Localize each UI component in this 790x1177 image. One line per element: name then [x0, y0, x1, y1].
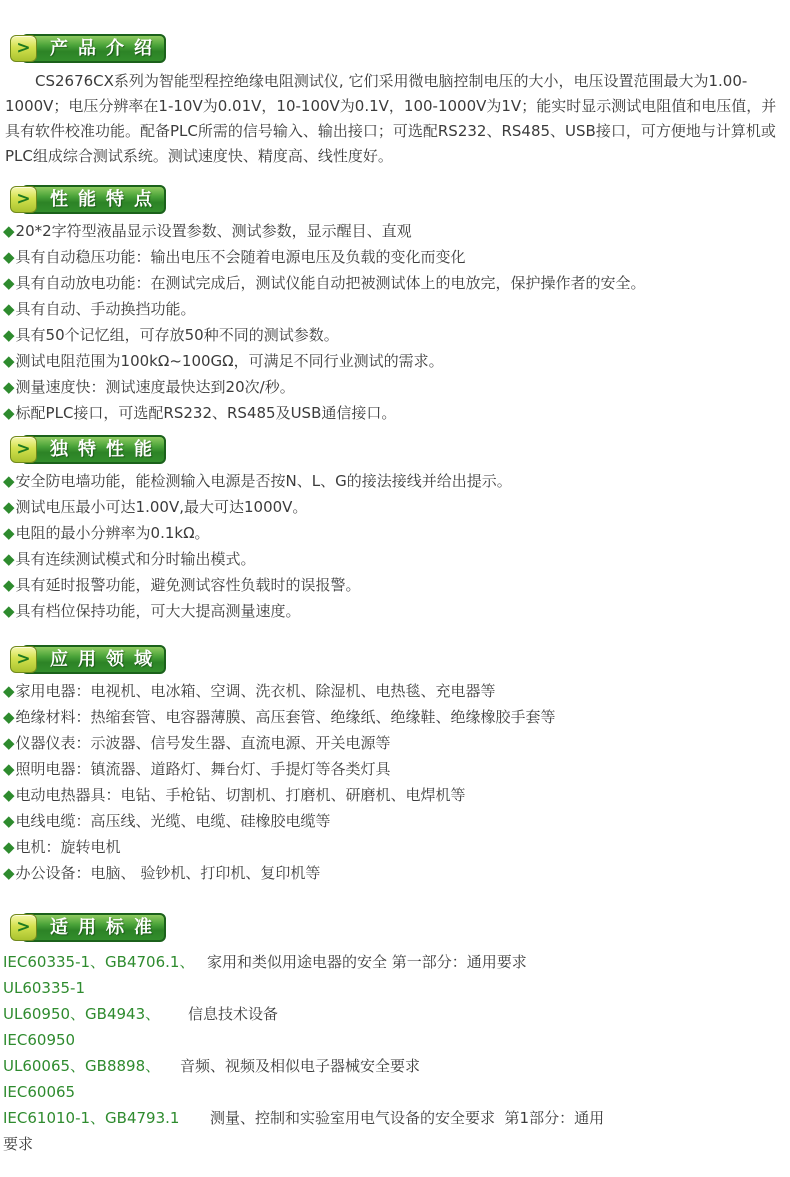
- application-item: ◆仪器仪表：示波器、信号发生器、直流电源、开关电源等: [3, 730, 786, 756]
- feature-item-text: 标配PLC接口，可选配RS232、RS485及USB通信接口。: [16, 404, 397, 422]
- diamond-bullet-icon: ◆: [3, 248, 15, 266]
- application-item: ◆电线电缆：高压线、光缆、电缆、硅橡胶电缆等: [3, 808, 786, 834]
- unique-item-text: 安全防电墙功能，能检测输入电源是否按N、L、G的接法接线并给出提示。: [16, 472, 512, 490]
- application-item-text: 电动电热器具：电钻、手枪钻、切割机、打磨机、研磨机、电焊机等: [16, 786, 466, 804]
- standard-row: IEC60335-1、GB4706.1、UL60335-1家用和类似用途电器的安…: [3, 949, 786, 1001]
- section-unique: > 独特性能 ◆安全防电墙功能，能检测输入电源是否按N、L、G的接法接线并给出提…: [3, 435, 786, 624]
- section-title-standards: 适用标准: [21, 913, 166, 942]
- unique-item-text: 具有延时报警功能，避免测试容性负载时的误报警。: [16, 576, 361, 594]
- unique-item: ◆具有连续测试模式和分时输出模式。: [3, 546, 786, 572]
- features-list: ◆20*2字符型液晶显示设置参数、测试参数，显示醒目、直观 ◆具有自动稳压功能：…: [3, 218, 786, 426]
- unique-item-text: 具有连续测试模式和分时输出模式。: [16, 550, 256, 568]
- application-item-text: 绝缘材料：热缩套管、电容器薄膜、高压套管、绝缘纸、绝缘鞋、绝缘橡胶手套等: [16, 708, 556, 726]
- feature-item-text: 具有自动、手动换挡功能。: [16, 300, 196, 318]
- unique-item-text: 具有档位保持功能，可大大提高测量速度。: [16, 602, 301, 620]
- standard-codes: UL60065、GB8898、IEC60065: [3, 1053, 180, 1105]
- application-item: ◆电机：旋转电机: [3, 834, 786, 860]
- standard-desc: 信息技术设备: [188, 1005, 278, 1023]
- diamond-bullet-icon: ◆: [3, 524, 15, 542]
- application-item-text: 办公设备：电脑、 验钞机、打印机、复印机等: [16, 864, 321, 882]
- application-item: ◆照明电器：镇流器、道路灯、舞台灯、手提灯等各类灯具: [3, 756, 786, 782]
- diamond-bullet-icon: ◆: [3, 786, 15, 804]
- application-item: ◆家用电器：电视机、电冰箱、空调、洗衣机、除湿机、电热毯、充电器等: [3, 678, 786, 704]
- diamond-bullet-icon: ◆: [3, 576, 15, 594]
- standard-desc: 音频、视频及相似电子器械安全要求: [180, 1057, 420, 1075]
- application-item-text: 家用电器：电视机、电冰箱、空调、洗衣机、除湿机、电热毯、充电器等: [16, 682, 496, 700]
- diamond-bullet-icon: ◆: [3, 352, 15, 370]
- chevron-right-icon: >: [10, 914, 37, 941]
- application-item-text: 电线电缆：高压线、光缆、电缆、硅橡胶电缆等: [16, 812, 331, 830]
- diamond-bullet-icon: ◆: [3, 734, 15, 752]
- diamond-bullet-icon: ◆: [3, 760, 15, 778]
- diamond-bullet-icon: ◆: [3, 326, 15, 344]
- diamond-bullet-icon: ◆: [3, 498, 15, 516]
- section-header-unique: > 独特性能: [10, 435, 166, 464]
- chevron-right-icon: >: [10, 646, 37, 673]
- unique-item: ◆具有档位保持功能，可大大提高测量速度。: [3, 598, 786, 624]
- section-title-features: 性能特点: [21, 185, 166, 214]
- unique-item-text: 电阻的最小分辨率为0.1kΩ。: [16, 524, 210, 542]
- intro-paragraph: CS2676CX系列为智能型程控绝缘电阻测试仪, 它们采用微电脑控制电压的大小，…: [5, 69, 784, 169]
- standard-codes: UL60950、GB4943、IEC60950: [3, 1001, 188, 1053]
- feature-item-text: 测试电阻范围为100kΩ~100GΩ，可满足不同行业测试的需求。: [16, 352, 444, 370]
- unique-list: ◆安全防电墙功能，能检测输入电源是否按N、L、G的接法接线并给出提示。 ◆测试电…: [3, 468, 786, 624]
- diamond-bullet-icon: ◆: [3, 378, 15, 396]
- application-item: ◆办公设备：电脑、 验钞机、打印机、复印机等: [3, 860, 786, 886]
- diamond-bullet-icon: ◆: [3, 472, 15, 490]
- section-applications: > 应用领域 ◆家用电器：电视机、电冰箱、空调、洗衣机、除湿机、电热毯、充电器等…: [3, 645, 786, 886]
- section-features: > 性能特点 ◆20*2字符型液晶显示设置参数、测试参数，显示醒目、直观 ◆具有…: [3, 185, 786, 426]
- unique-item: ◆具有延时报警功能，避免测试容性负载时的误报警。: [3, 572, 786, 598]
- section-header-standards: > 适用标准: [10, 913, 166, 942]
- section-title-unique: 独特性能: [21, 435, 166, 464]
- application-item-text: 照明电器：镇流器、道路灯、舞台灯、手提灯等各类灯具: [16, 760, 391, 778]
- section-title-applications: 应用领域: [21, 645, 166, 674]
- feature-item: ◆具有自动稳压功能：输出电压不会随着电源电压及负载的变化而变化: [3, 244, 786, 270]
- diamond-bullet-icon: ◆: [3, 222, 15, 240]
- application-item-text: 仪器仪表：示波器、信号发生器、直流电源、开关电源等: [16, 734, 391, 752]
- standard-row: UL60950、GB4943、IEC60950信息技术设备: [3, 1001, 786, 1053]
- diamond-bullet-icon: ◆: [3, 812, 15, 830]
- feature-item-text: 测量速度快：测试速度最快达到20次/秒。: [16, 378, 295, 396]
- diamond-bullet-icon: ◆: [3, 404, 15, 422]
- chevron-right-icon: >: [10, 186, 37, 213]
- diamond-bullet-icon: ◆: [3, 274, 15, 292]
- diamond-bullet-icon: ◆: [3, 300, 15, 318]
- diamond-bullet-icon: ◆: [3, 682, 15, 700]
- standard-row-continuation: 要求: [3, 1131, 786, 1157]
- unique-item-text: 测试电压最小可达1.00V,最大可达1000V。: [16, 498, 308, 516]
- application-item: ◆绝缘材料：热缩套管、电容器薄膜、高压套管、绝缘纸、绝缘鞋、绝缘橡胶手套等: [3, 704, 786, 730]
- standard-codes: IEC60335-1、GB4706.1、UL60335-1: [3, 949, 207, 1001]
- diamond-bullet-icon: ◆: [3, 602, 15, 620]
- feature-item-text: 具有自动放电功能：在测试完成后，测试仪能自动把被测试体上的电放完，保护操作者的安…: [16, 274, 646, 292]
- feature-item: ◆测量速度快：测试速度最快达到20次/秒。: [3, 374, 786, 400]
- standards-list: IEC60335-1、GB4706.1、UL60335-1家用和类似用途电器的安…: [3, 949, 786, 1157]
- section-header-features: > 性能特点: [10, 185, 166, 214]
- feature-item: ◆标配PLC接口，可选配RS232、RS485及USB通信接口。: [3, 400, 786, 426]
- feature-item-text: 具有50个记忆组，可存放50种不同的测试参数。: [16, 326, 339, 344]
- standard-desc: 要求: [3, 1135, 33, 1153]
- unique-item: ◆安全防电墙功能，能检测输入电源是否按N、L、G的接法接线并给出提示。: [3, 468, 786, 494]
- application-item: ◆电动电热器具：电钻、手枪钻、切割机、打磨机、研磨机、电焊机等: [3, 782, 786, 808]
- section-standards: > 适用标准 IEC60335-1、GB4706.1、UL60335-1家用和类…: [3, 913, 786, 1157]
- application-item-text: 电机：旋转电机: [16, 838, 121, 856]
- feature-item-text: 具有自动稳压功能：输出电压不会随着电源电压及负载的变化而变化: [16, 248, 466, 266]
- chevron-right-icon: >: [10, 436, 37, 463]
- standard-codes: IEC61010-1、GB4793.1: [3, 1105, 210, 1131]
- diamond-bullet-icon: ◆: [3, 838, 15, 856]
- unique-item: ◆测试电压最小可达1.00V,最大可达1000V。: [3, 494, 786, 520]
- section-header-applications: > 应用领域: [10, 645, 166, 674]
- unique-item: ◆电阻的最小分辨率为0.1kΩ。: [3, 520, 786, 546]
- diamond-bullet-icon: ◆: [3, 708, 15, 726]
- feature-item: ◆具有自动放电功能：在测试完成后，测试仪能自动把被测试体上的电放完，保护操作者的…: [3, 270, 786, 296]
- diamond-bullet-icon: ◆: [3, 550, 15, 568]
- standard-row: UL60065、GB8898、IEC60065音频、视频及相似电子器械安全要求: [3, 1053, 786, 1105]
- standard-desc: 测量、控制和实验室用电气设备的安全要求 第1部分：通用: [210, 1109, 604, 1127]
- feature-item-text: 20*2字符型液晶显示设置参数、测试参数，显示醒目、直观: [16, 222, 412, 240]
- standard-row: IEC61010-1、GB4793.1测量、控制和实验室用电气设备的安全要求 第…: [3, 1105, 786, 1131]
- applications-list: ◆家用电器：电视机、电冰箱、空调、洗衣机、除湿机、电热毯、充电器等 ◆绝缘材料：…: [3, 678, 786, 886]
- standard-desc: 家用和类似用途电器的安全 第一部分：通用要求: [207, 953, 527, 971]
- diamond-bullet-icon: ◆: [3, 864, 15, 882]
- feature-item: ◆具有自动、手动换挡功能。: [3, 296, 786, 322]
- chevron-right-icon: >: [10, 35, 37, 62]
- feature-item: ◆具有50个记忆组，可存放50种不同的测试参数。: [3, 322, 786, 348]
- feature-item: ◆20*2字符型液晶显示设置参数、测试参数，显示醒目、直观: [3, 218, 786, 244]
- section-title-intro: 产品介绍: [21, 34, 166, 63]
- section-header-intro: > 产品介绍: [10, 34, 166, 63]
- section-intro: > 产品介绍 CS2676CX系列为智能型程控绝缘电阻测试仪, 它们采用微电脑控…: [3, 34, 786, 169]
- feature-item: ◆测试电阻范围为100kΩ~100GΩ，可满足不同行业测试的需求。: [3, 348, 786, 374]
